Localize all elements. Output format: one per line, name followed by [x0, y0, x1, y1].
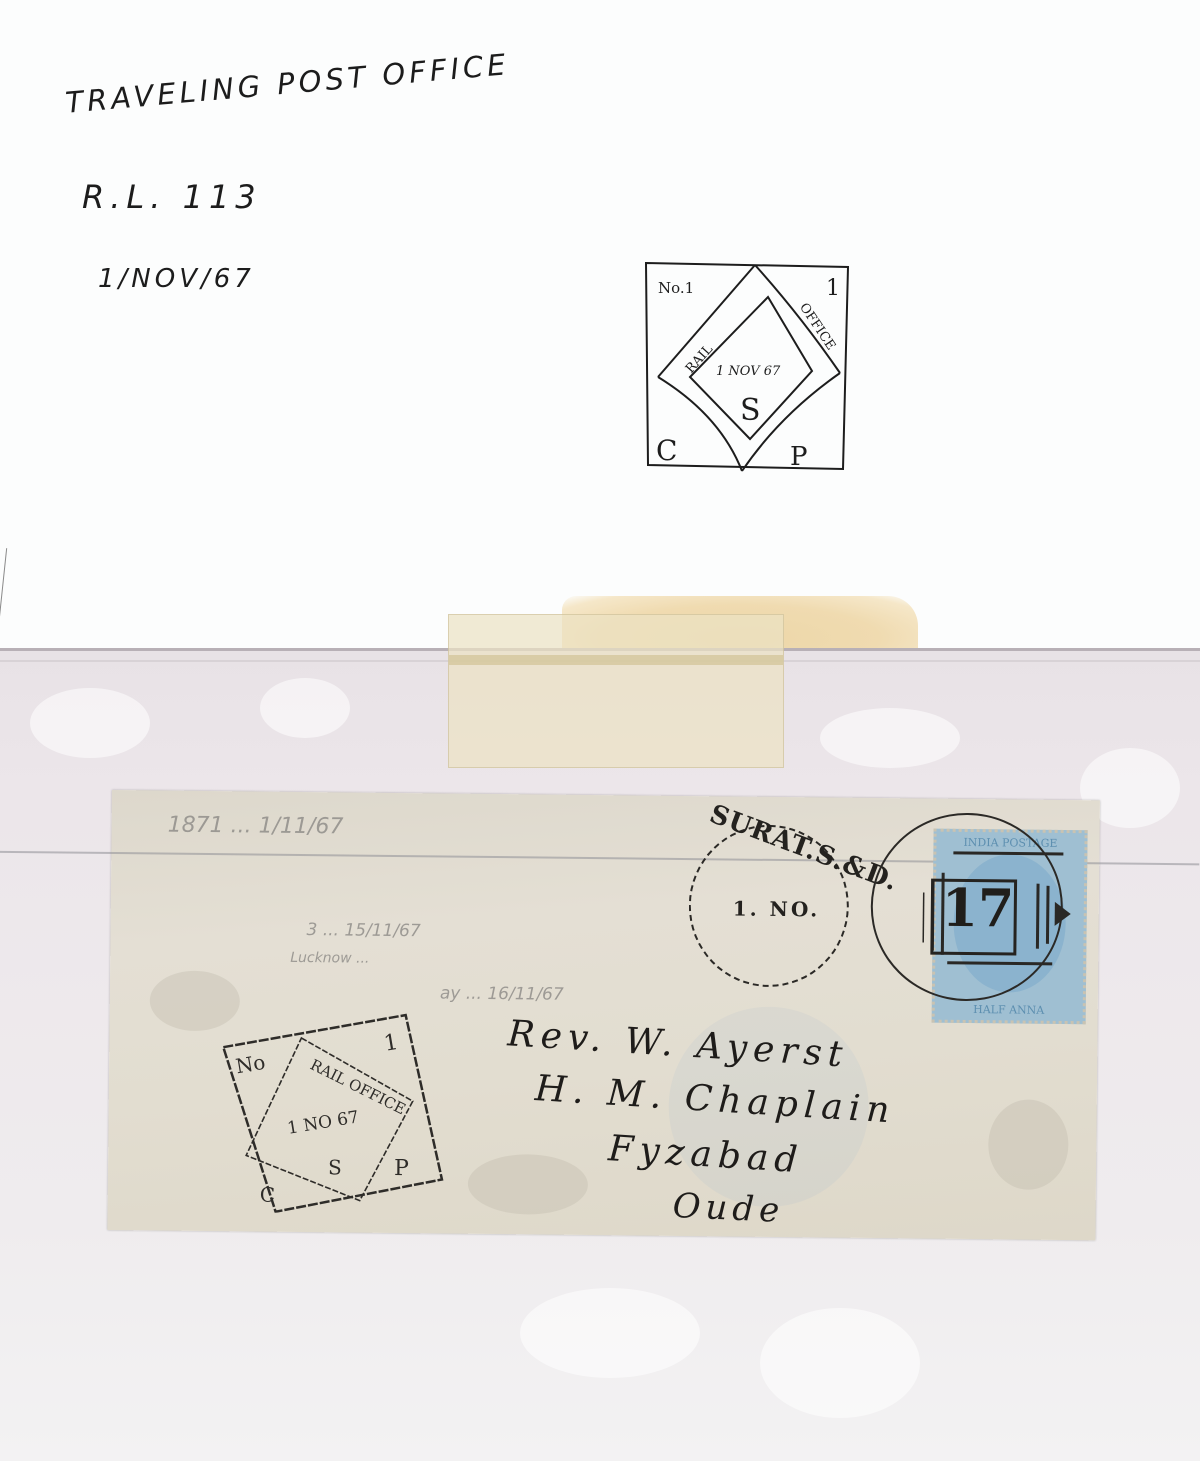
sketch-top-left: No.1 — [658, 279, 694, 297]
tpo-date: 1 NO 67 — [286, 1107, 360, 1139]
sleeve-reflection — [260, 678, 350, 738]
sketch-bottom-right: P — [790, 442, 808, 472]
envelope: 1871 ... 1/11/67 3 ... 15/11/67 Lucknow … — [107, 790, 1100, 1240]
stamp-bottom-label: HALF ANNA — [935, 1003, 1083, 1018]
sleeve-reflection — [30, 688, 150, 758]
tpo-bottom-left: C — [260, 1183, 276, 1207]
tpo-center: S — [328, 1155, 342, 1179]
page-edge-mark — [0, 548, 7, 628]
tpo-top-right: 1 — [382, 1030, 400, 1057]
sketch-date: 1 NOV 67 — [716, 364, 781, 379]
pencil-note: ay ... 16/11/67 — [440, 983, 564, 1004]
album-page: TRAVELING POST OFFICE R.L. 113 1/NOV/67 … — [0, 0, 1200, 1461]
obliterator-numeral: 17 — [941, 878, 1014, 940]
sketch-arc-left: RAIL — [683, 342, 716, 377]
tpo-arc: RAIL OFFICE — [307, 1056, 408, 1119]
tape-fold — [449, 655, 783, 665]
obliterator-numeral-box: 17 — [930, 879, 1017, 956]
foxing-spot — [468, 1154, 589, 1215]
note-reference: R.L. 113 — [82, 178, 262, 216]
foxing-spot — [988, 1099, 1069, 1190]
sketch-bottom-left: C — [656, 434, 677, 467]
tpo-boxed-cancel: No 1 RAIL OFFICE 1 NO 67 S C P — [216, 1007, 448, 1214]
sleeve-reflection — [520, 1288, 700, 1378]
address-line: Oude — [672, 1186, 785, 1231]
tpo-bottom-right: P — [394, 1156, 409, 1181]
sketch-arc-right: OFFICE — [796, 300, 838, 353]
postmark-sketch: No.1 1 RAIL OFFICE 1 NOV 67 S C P — [640, 255, 855, 475]
datestamp-date: 1. NO. — [733, 897, 821, 922]
sketch-center: S — [740, 393, 761, 428]
hinge-tape — [448, 614, 784, 768]
pencil-note: Lucknow ... — [290, 950, 369, 967]
sleeve-reflection — [820, 708, 960, 768]
sketch-top-right: 1 — [826, 276, 840, 301]
pencil-note: 1871 ... 1/11/67 — [168, 813, 344, 840]
note-date: 1/NOV/67 — [98, 264, 255, 294]
tpo-top-left: No — [234, 1050, 267, 1079]
note-title: TRAVELING POST OFFICE — [64, 47, 511, 120]
pencil-note: 3 ... 15/11/67 — [306, 920, 420, 941]
sleeve-reflection — [760, 1308, 920, 1418]
